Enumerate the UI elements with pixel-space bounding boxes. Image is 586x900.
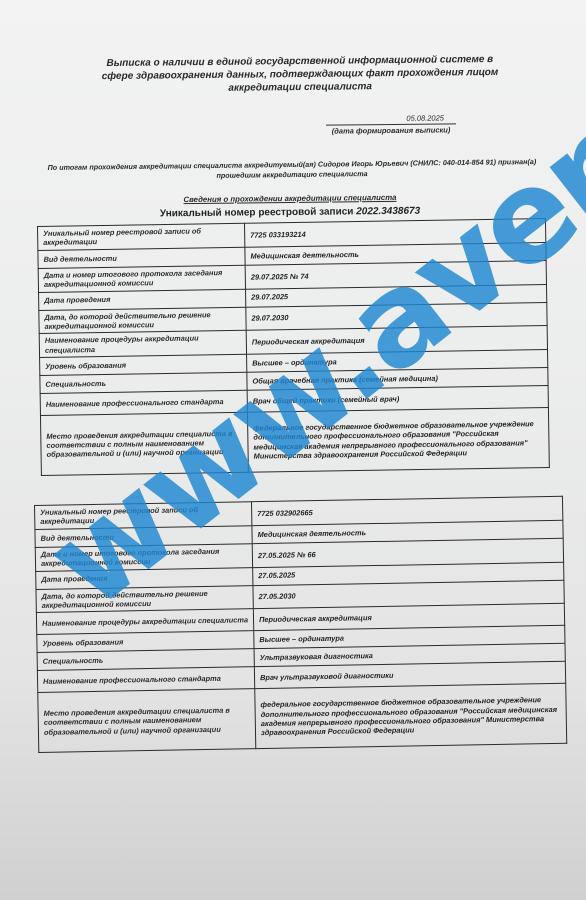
intro-paragraph: По итогам прохождения аккредитации специ… bbox=[42, 157, 542, 183]
registry-number: 2022.3438673 bbox=[356, 206, 420, 218]
table-row: Место проведения аккредитации специалист… bbox=[40, 408, 549, 476]
row-label: Место проведения аккредитации специалист… bbox=[40, 412, 248, 475]
row-label: Дата, до которой действительно решение а… bbox=[39, 307, 246, 334]
section-heading: Сведения о прохождении аккредитации спец… bbox=[120, 192, 460, 205]
issue-date-caption: (дата формирования выписки) bbox=[326, 124, 456, 135]
registry-number-line: Уникальный номер реестровой записи 2022.… bbox=[120, 205, 460, 220]
registry-label: Уникальный номер реестровой записи bbox=[160, 206, 354, 219]
issue-date-block: 05.08.2025 (дата формирования выписки) bbox=[326, 113, 456, 135]
accreditation-record-table-2: Уникальный номер реестровой записи об ак… bbox=[34, 496, 567, 754]
document-title: Выписка о наличии в единой государственн… bbox=[100, 53, 500, 96]
row-label: Место проведения аккредитации специалист… bbox=[38, 689, 256, 753]
row-label: Уникальный номер реестровой записи об ак… bbox=[38, 223, 245, 250]
row-value: федеральное государственное бюджетное об… bbox=[247, 408, 549, 473]
document-page: Выписка о наличии в единой государственн… bbox=[0, 0, 586, 900]
row-label: Дата и номер итогового протокола заседан… bbox=[38, 265, 245, 292]
row-value: федеральное государственное бюджетное об… bbox=[255, 684, 567, 749]
table-row: Место проведения аккредитации специалист… bbox=[38, 684, 567, 753]
row-label: Наименование профессионального стандарта bbox=[40, 390, 247, 415]
row-label: Наименование процедуры аккредитации спец… bbox=[39, 331, 246, 358]
accreditation-record-table-1: Уникальный номер реестровой записи об ак… bbox=[37, 218, 550, 476]
